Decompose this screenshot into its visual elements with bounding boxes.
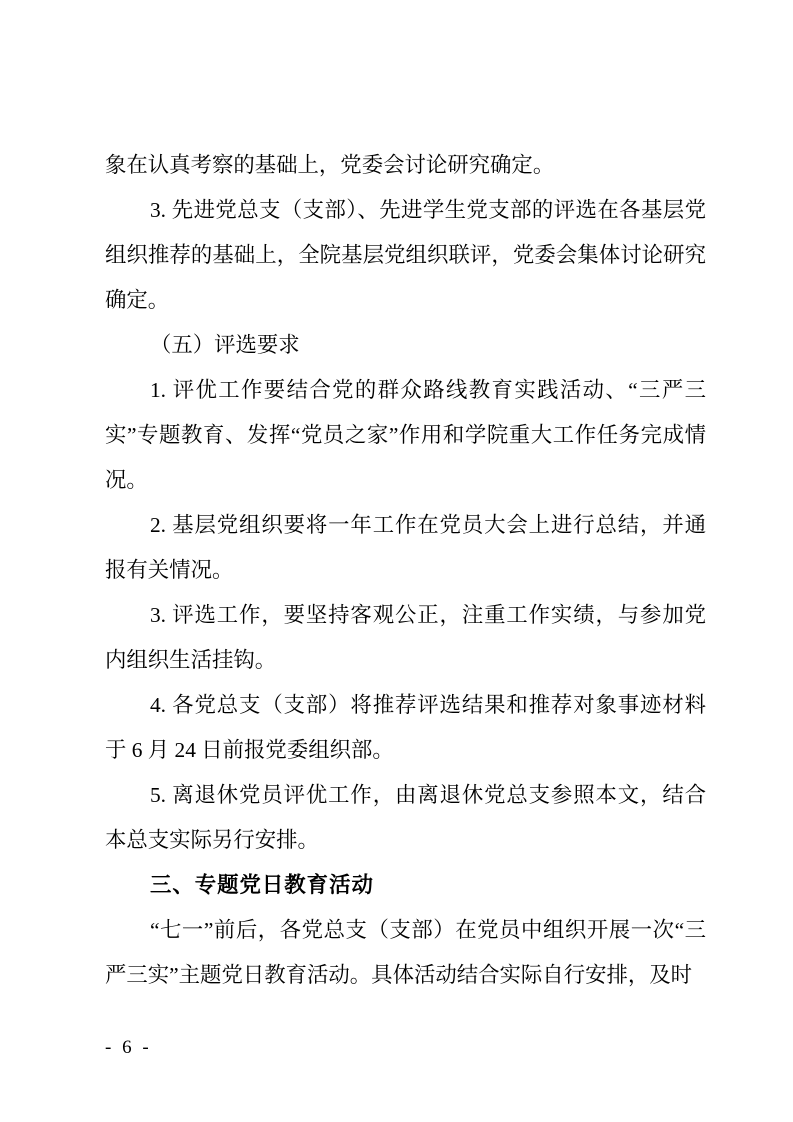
section-heading-party-day-activity: 三、专题党日教育活动 [105,863,706,908]
document-body: 象在认真考察的基础上，党委会讨论研究确定。 3. 先进党总支（支部）、先进学生党… [105,143,706,998]
paragraph-party-day-activity: “七一”前后，各党总支（支部）在党员中组织开展一次“三严三实”主题党日教育活动。… [105,908,706,998]
paragraph-requirement-5: 5. 离退休党员评优工作，由离退休党总支参照本文，结合本总支实际另行安排。 [105,773,706,863]
paragraph-subheading-requirements: （五）评选要求 [105,323,706,368]
paragraph-continuation: 象在认真考察的基础上，党委会讨论研究确定。 [105,143,706,188]
paragraph-item-3-basic-orgs: 3. 先进党总支（支部）、先进学生党支部的评选在各基层党组织推荐的基础上，全院基… [105,188,706,323]
paragraph-requirement-3: 3. 评选工作，要坚持客观公正，注重工作实绩，与参加党内组织生活挂钩。 [105,593,706,683]
paragraph-requirement-1: 1. 评优工作要结合党的群众路线教育实践活动、“三严三实”专题教育、发挥“党员之… [105,368,706,503]
paragraph-requirement-2: 2. 基层党组织要将一年工作在党员大会上进行总结，并通报有关情况。 [105,503,706,593]
document-page: 象在认真考察的基础上，党委会讨论研究确定。 3. 先进党总支（支部）、先进学生党… [0,0,793,1122]
page-number: - 6 - [105,1036,152,1060]
paragraph-requirement-4: 4. 各党总支（支部）将推荐评选结果和推荐对象事迹材料于 6 月 24 日前报党… [105,683,706,773]
